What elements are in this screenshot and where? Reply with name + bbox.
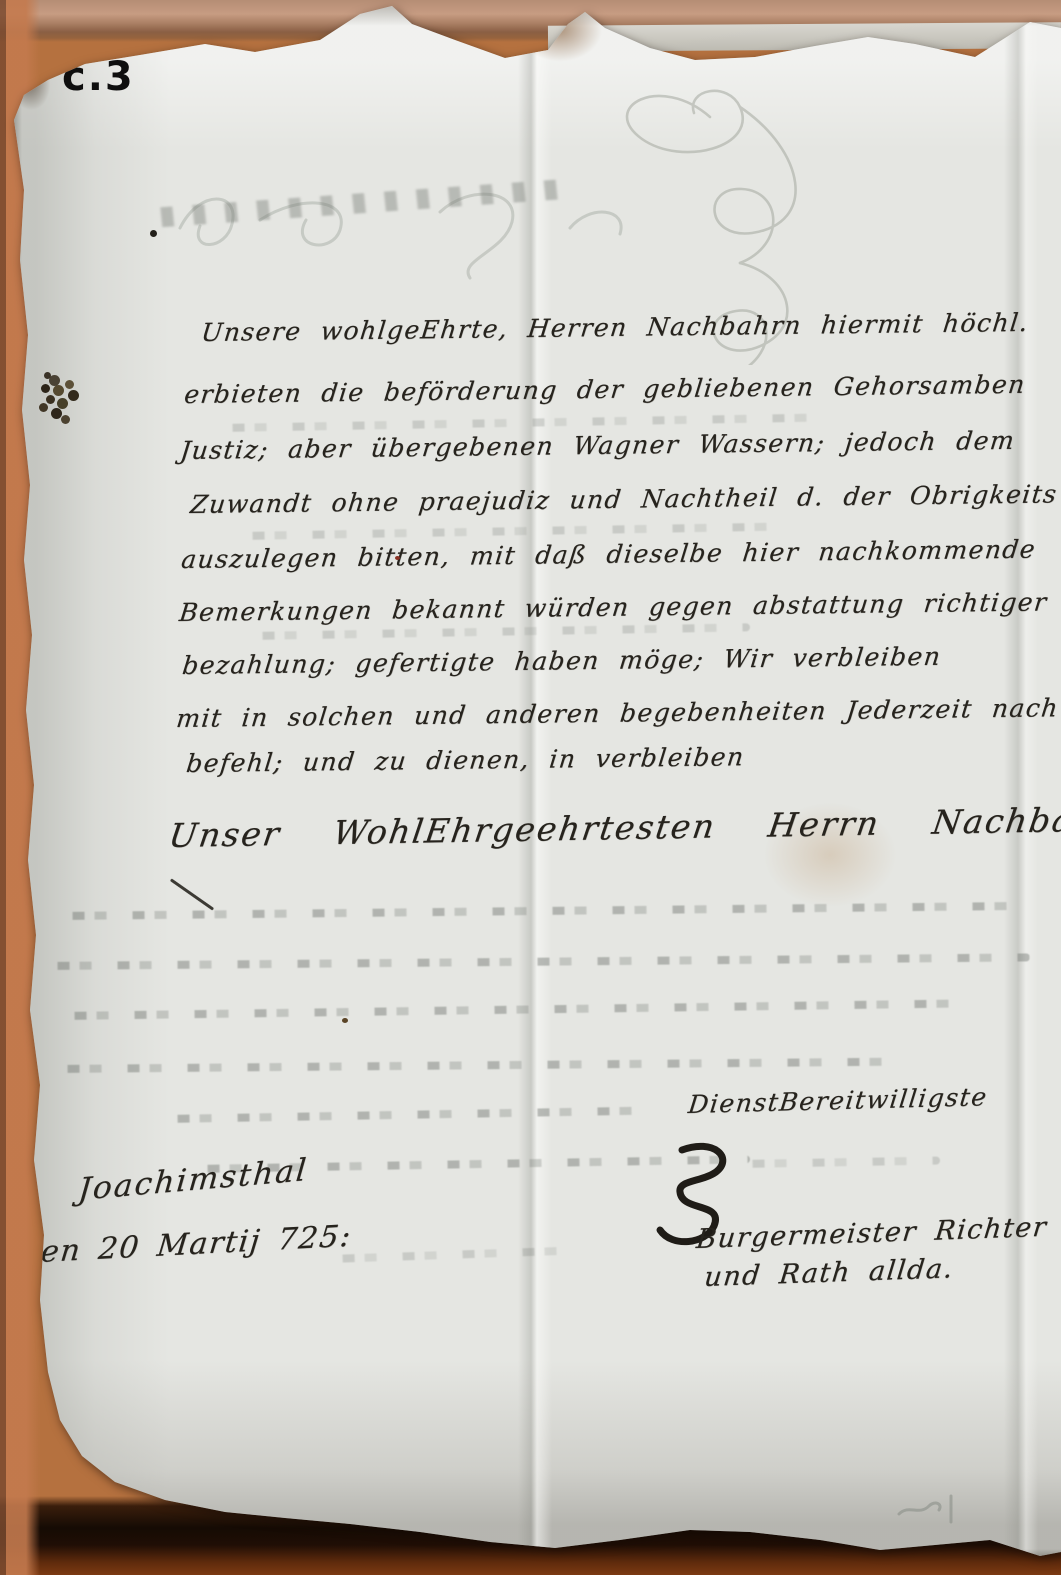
ink-speck xyxy=(395,556,400,560)
manuscript-photo: č.3 Unsere wohlgeEhrte xyxy=(0,0,1061,1575)
archive-number-label: č.3 xyxy=(62,54,135,100)
bleed-through-line xyxy=(250,623,750,640)
letter-body-line: Justiz; aber übergebenen Wagner Wassern;… xyxy=(179,426,1017,465)
bleed-through-line xyxy=(62,999,962,1020)
left-edge-dark-streak xyxy=(18,1078,32,1206)
letter-body-line: Bemerkungen bekannt würden gegen abstatt… xyxy=(178,587,1049,627)
bleed-through-line xyxy=(330,1246,580,1263)
letter-body-line: erbieten die beförderung der gebliebenen… xyxy=(183,370,1028,409)
bleed-through-line xyxy=(165,1107,645,1123)
letter-place: Joachimsthal xyxy=(77,1152,310,1208)
bleed-through-line xyxy=(45,953,1030,970)
bleed-through-heading-loops xyxy=(140,168,660,288)
left-edge-damage-specks xyxy=(44,372,51,379)
letter-date: den 20 Martij 725: xyxy=(18,1219,353,1271)
letter-closing: DienstBereitwilligste xyxy=(687,1082,990,1119)
letter-body-line: befehl; und zu dienen, in verbleiben xyxy=(185,742,746,778)
bleed-through-line xyxy=(55,1058,885,1073)
bleed-through-line xyxy=(240,523,780,540)
letter-body-line: Zuwandt ohne praejudiz und Nachtheil d. … xyxy=(189,479,1059,519)
bleed-through-line xyxy=(60,902,1010,920)
ink-speck xyxy=(150,230,157,237)
letter-body-line: auszulegen bitten, mit daß dieselbe hier… xyxy=(180,535,1038,574)
letter-salutation: Unser WohlEhrgeehrtesten Herrn Nachbahrn xyxy=(167,799,1061,855)
bottom-left-damage-crust xyxy=(0,1438,90,1558)
manuscript-page: č.3 Unsere wohlgeEhrte xyxy=(0,0,1061,1575)
stray-ink-stroke xyxy=(170,878,214,910)
letter-body-line: bezahlung; gefertigte haben möge; Wir ve… xyxy=(181,642,943,680)
pencil-mark xyxy=(893,1492,963,1532)
letter-body-line: mit in solchen und anderen begebenheiten… xyxy=(175,693,1061,733)
paper-wrap: č.3 Unsere wohlgeEhrte xyxy=(0,0,1061,1575)
bleed-through-line xyxy=(740,1157,940,1168)
signature-line: und Rath allda. xyxy=(703,1253,956,1293)
ink-speck xyxy=(342,1018,348,1023)
